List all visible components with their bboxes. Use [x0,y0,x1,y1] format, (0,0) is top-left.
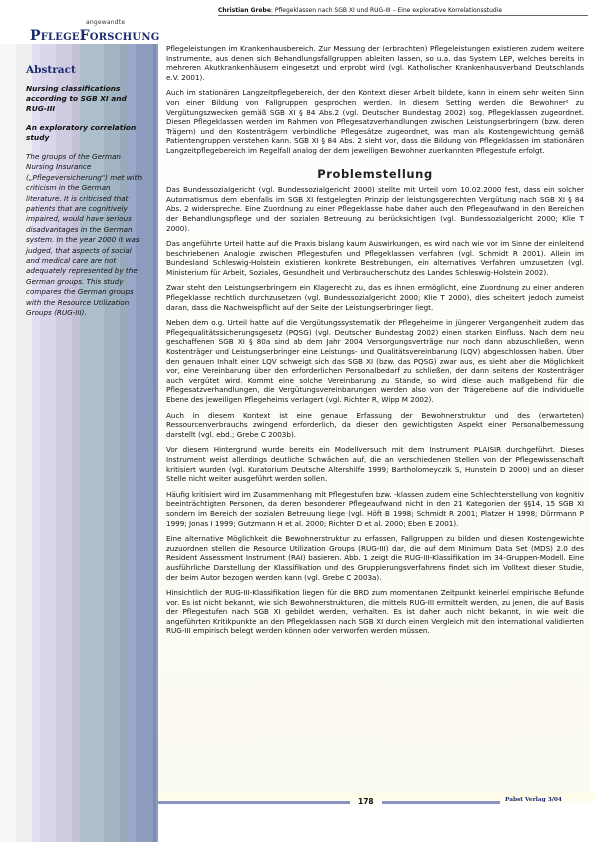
body-paragraph: Auch im stationären Langzeitpflegebereic… [166,88,584,155]
abstract-title: Nursing classifications according to SGB… [26,84,146,114]
logo-main-text: PflegeForschung [30,28,159,44]
section-heading: Problemstellung [166,170,584,180]
intro-paragraphs: Pflegeleistungen im Krankenhausbereich. … [166,44,584,156]
journal-issue: Pabst Verlag 3/04 [505,797,562,803]
body-paragraph: Zwar steht den Leistungserbringern ein K… [166,283,584,312]
main-text-column: Pflegeleistungen im Krankenhausbereich. … [166,18,584,642]
sidebar-border [153,44,156,842]
header-title: : Pflegeklassen nach SGB XI und RUG-III … [271,7,502,14]
page-number: 178 [358,797,374,806]
abstract-panel: Abstract Nursing classifications accordi… [26,64,146,319]
body-paragraph: Pflegeleistungen im Krankenhausbereich. … [166,44,584,82]
sidebar-stripe [0,44,16,842]
body-paragraph: Das angeführte Urteil hatte auf die Prax… [166,239,584,277]
journal-logo: angewandte PflegeForschung [16,22,161,46]
footer-rule-left [158,801,350,804]
abstract-subtitle: An exploratory correlation study [26,123,146,143]
body-paragraph: Hinsichtlich der RUG-III-Klassifikation … [166,588,584,636]
header-author: Christian Grebe [218,7,271,14]
body-paragraph: Auch in diesem Kontext ist eine genaue E… [166,411,584,440]
section-paragraphs: Das Bundessozialgericht (vgl. Bundessozi… [166,185,584,636]
body-paragraph: Häufig kritisiert wird im Zusammenhang m… [166,490,584,528]
body-paragraph: Neben dem o.g. Urteil hatte auf die Verg… [166,318,584,404]
body-paragraph: Vor diesem Hintergrund wurde bereits ein… [166,445,584,483]
running-header: Christian Grebe: Pflegeklassen nach SGB … [218,7,588,16]
abstract-body: The groups of the German Nursing Insuran… [26,152,146,319]
footer-rule-right [382,801,500,804]
abstract-heading: Abstract [26,64,146,76]
body-paragraph: Das Bundessozialgericht (vgl. Bundessozi… [166,185,584,233]
body-paragraph: Eine alternative Möglichkeit die Bewohne… [166,534,584,582]
logo-top-text: angewandte [86,19,125,26]
